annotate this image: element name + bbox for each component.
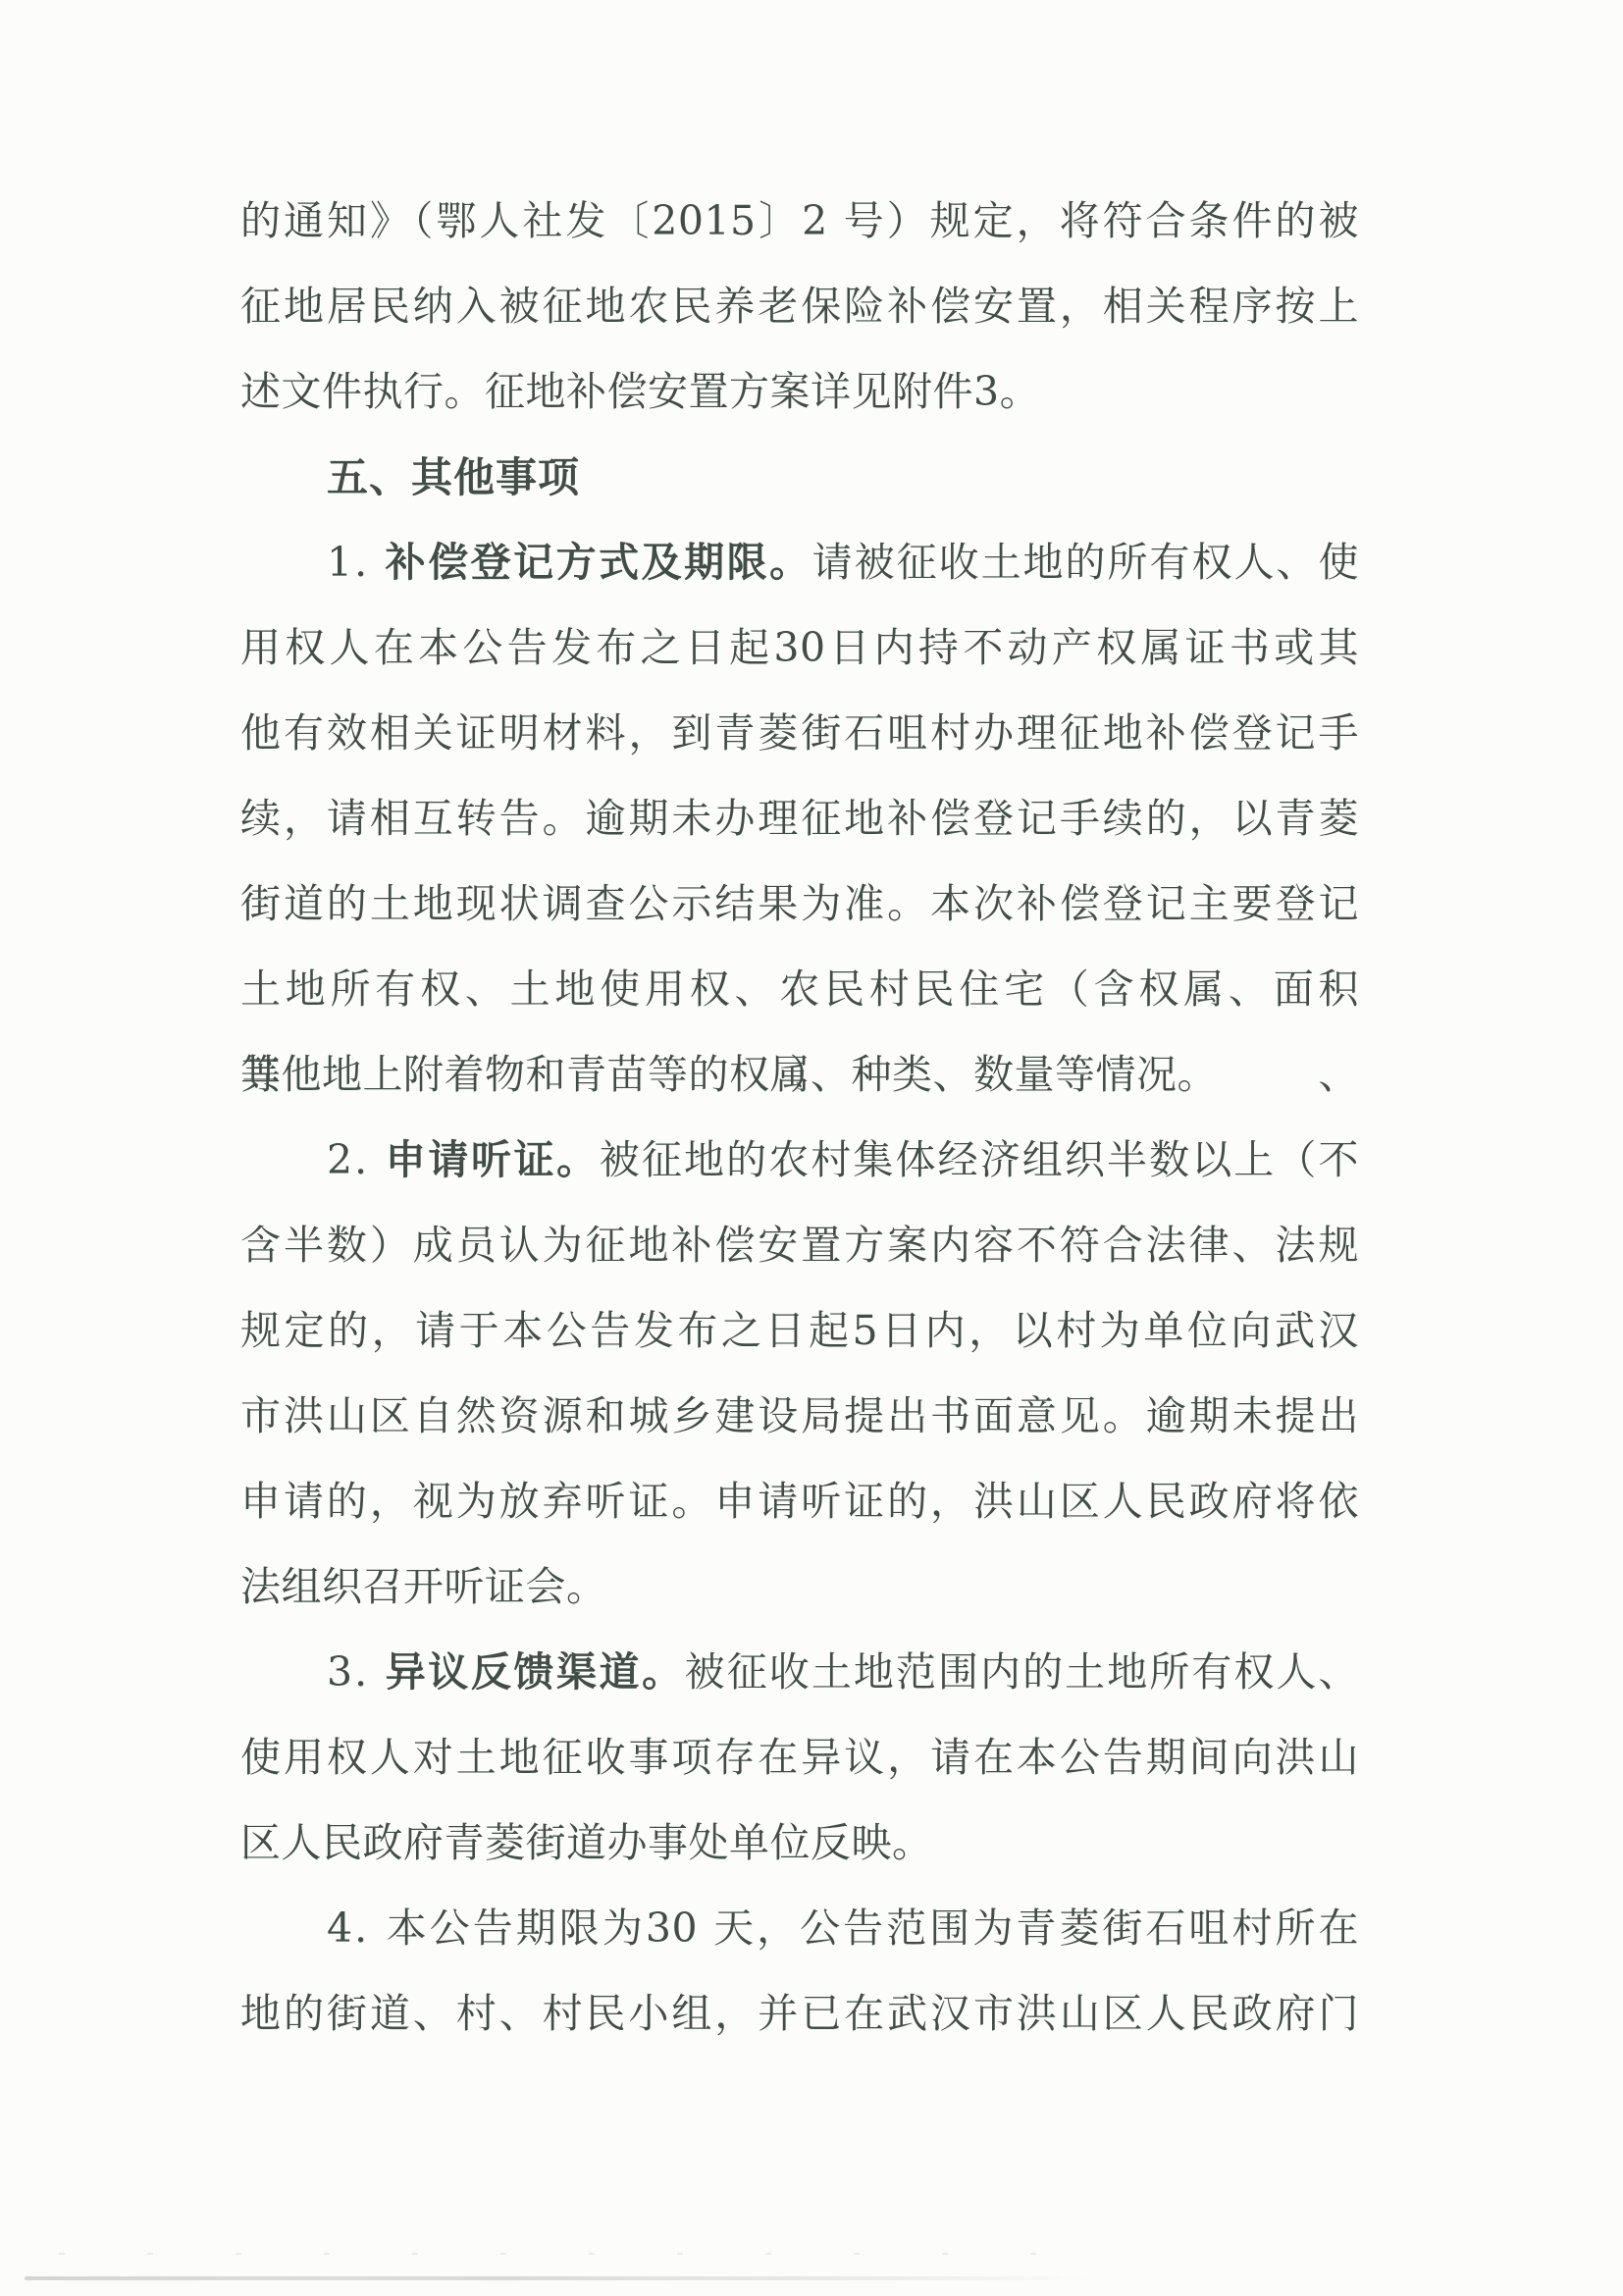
line-text: 其他地上附着物和青苗等的权属、种类、数量等情况。 xyxy=(240,1051,1218,1098)
line-bold-title: 申请听证。 xyxy=(386,1136,600,1183)
line-text: 街道的土地现状调查公示结果为准。本次补偿登记主要登记 xyxy=(240,880,1359,927)
line-text: 申请的，视为放弃听证。申请听证的，洪山区人民政府将依 xyxy=(240,1478,1359,1525)
line-number-prefix: 1. xyxy=(327,539,386,586)
text-line: 使用权人对土地征收事项存在异议，请在本公告期间向洪山 xyxy=(240,1715,1359,1800)
line-text: 法组织召开听证会。 xyxy=(240,1563,607,1610)
line-text: 被征地的农村集体经济组织半数以上（不 xyxy=(600,1136,1359,1183)
text-line: 述文件执行。征地补偿安置方案详见附件3。 xyxy=(240,349,1359,435)
line-text: 使用权人对土地征收事项存在异议，请在本公告期间向洪山 xyxy=(240,1734,1359,1781)
scan-edge-artifact xyxy=(25,2276,1094,2280)
line-text: 他有效相关证明材料，到青菱街石咀村办理征地补偿登记手 xyxy=(240,709,1359,757)
document-text-block: 的通知》（鄂人社发〔2015〕2 号）规定，将符合条件的被征地居民纳入被征地农民… xyxy=(240,179,1359,2057)
text-line: 街道的土地现状调查公示结果为准。本次补偿登记主要登记 xyxy=(240,861,1359,947)
scan-noise-artifact xyxy=(59,2253,1040,2255)
line-number-prefix: 2. xyxy=(327,1136,386,1183)
line-text: 征地居民纳入被征地农民养老保险补偿安置，相关程序按上 xyxy=(240,283,1359,330)
line-number-prefix: 4. xyxy=(327,1905,387,1952)
text-line: 3. 异议反馈渠道。被征收土地范围内的土地所有权人、 xyxy=(240,1630,1359,1715)
line-text: 的通知》（鄂人社发〔2015〕2 号）规定，将符合条件的被 xyxy=(240,197,1359,244)
text-line: 4. 本公告期限为30 天，公告范围为青菱街石咀村所在 xyxy=(240,1886,1359,1971)
line-text: 述文件执行。征地补偿安置方案详见附件3。 xyxy=(240,368,1040,415)
text-line: 2. 申请听证。被征地的农村集体经济组织半数以上（不 xyxy=(240,1118,1359,1203)
text-line: 他有效相关证明材料，到青菱街石咀村办理征地补偿登记手 xyxy=(240,691,1359,776)
line-text: 含半数）成员认为征地补偿安置方案内容不符合法律、法规 xyxy=(240,1222,1359,1269)
text-line: 申请的，视为放弃听证。申请听证的，洪山区人民政府将依 xyxy=(240,1459,1359,1544)
line-bold-title: 异议反馈渠道。 xyxy=(386,1648,685,1696)
line-text: 被征收土地范围内的土地所有权人、 xyxy=(685,1648,1359,1696)
text-line: 1. 补偿登记方式及期限。请被征收土地的所有权人、使 xyxy=(240,520,1359,605)
line-text: 地的街道、村、村民小组，并已在武汉市洪山区人民政府门 xyxy=(240,1990,1359,2037)
line-text: 用权人在本公告发布之日起30日内持不动产权属证书或其 xyxy=(240,624,1359,671)
text-line: 的通知》（鄂人社发〔2015〕2 号）规定，将符合条件的被 xyxy=(240,179,1359,264)
text-line: 其他地上附着物和青苗等的权属、种类、数量等情况。 xyxy=(240,1032,1359,1118)
document-page: 的通知》（鄂人社发〔2015〕2 号）规定，将符合条件的被征地居民纳入被征地农民… xyxy=(0,0,1623,2296)
text-line: 土地所有权、土地使用权、农民村民住宅（含权属、面积等）、 xyxy=(240,947,1359,1032)
text-line: 征地居民纳入被征地农民养老保险补偿安置，相关程序按上 xyxy=(240,264,1359,349)
line-number-prefix: 3. xyxy=(327,1648,386,1696)
text-line: 规定的，请于本公告发布之日起5日内，以村为单位向武汉 xyxy=(240,1288,1359,1374)
text-line: 地的街道、村、村民小组，并已在武汉市洪山区人民政府门 xyxy=(240,1971,1359,2057)
line-text: 区人民政府青菱街道办事处单位反映。 xyxy=(240,1819,933,1866)
line-text: 本公告期限为30 天，公告范围为青菱街石咀村所在 xyxy=(387,1905,1359,1952)
line-bold-title: 补偿登记方式及期限。 xyxy=(386,539,812,586)
line-bold-title: 五、其他事项 xyxy=(327,453,580,501)
text-line: 法组织召开听证会。 xyxy=(240,1544,1359,1630)
line-text: 市洪山区自然资源和城乡建设局提出书面意见。逾期未提出 xyxy=(240,1392,1359,1439)
line-text: 请被征收土地的所有权人、使 xyxy=(812,539,1359,586)
text-line: 五、其他事项 xyxy=(240,435,1359,520)
text-line: 含半数）成员认为征地补偿安置方案内容不符合法律、法规 xyxy=(240,1203,1359,1288)
text-line: 续，请相互转告。逾期未办理征地补偿登记手续的，以青菱 xyxy=(240,776,1359,861)
line-text: 续，请相互转告。逾期未办理征地补偿登记手续的，以青菱 xyxy=(240,795,1359,842)
text-line: 用权人在本公告发布之日起30日内持不动产权属证书或其 xyxy=(240,605,1359,691)
line-text: 规定的，请于本公告发布之日起5日内，以村为单位向武汉 xyxy=(240,1307,1359,1354)
text-line: 区人民政府青菱街道办事处单位反映。 xyxy=(240,1800,1359,1886)
text-line: 市洪山区自然资源和城乡建设局提出书面意见。逾期未提出 xyxy=(240,1374,1359,1459)
